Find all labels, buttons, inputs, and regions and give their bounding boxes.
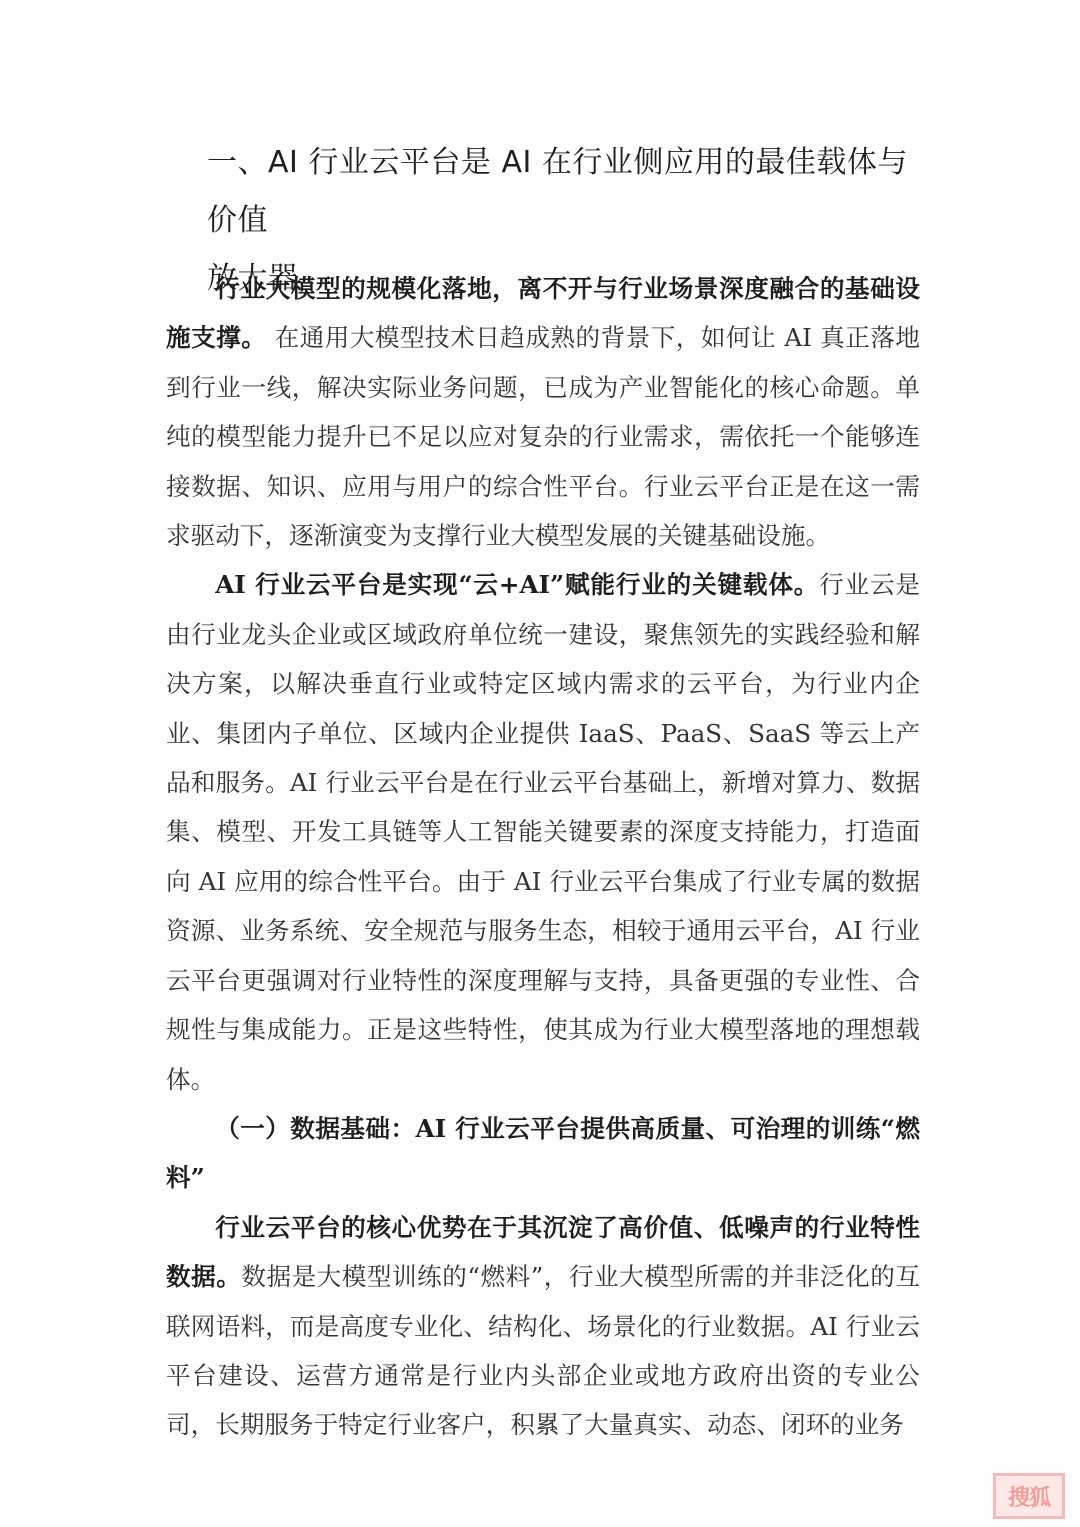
subsection-heading: （一）数据基础：AI 行业云平台提供高质量、可治理的训练“燃料” — [166, 1104, 920, 1203]
paragraph-3: 行业云平台的核心优势在于其沉淀了高价值、低噪声的行业特性数据。数据是大模型训练的… — [166, 1203, 920, 1450]
paragraph-3-text: 数据是大模型训练的“燃料”，行业大模型所需的并非泛化的互联网语料，而是高度专业化… — [166, 1262, 920, 1439]
body-text: 行业大模型的规模化落地，离不开与行业场景深度融合的基础设施支撑。 在通用大模型技… — [166, 264, 920, 1450]
paragraph-2: AI 行业云平台是实现“云+AI”赋能行业的关键载体。行业云是由行业龙头企业或区… — [166, 560, 920, 1103]
paragraph-1: 行业大模型的规模化落地，离不开与行业场景深度融合的基础设施支撑。 在通用大模型技… — [166, 264, 920, 560]
paragraph-1-text: 在通用大模型技术日趋成熟的背景下，如何让 AI 真正落地到行业一线，解决实际业务… — [166, 323, 920, 550]
page-number: 1 — [548, 1418, 557, 1434]
document-page: 一、AI 行业云平台是 AI 在行业侧应用的最佳载体与价值 放大器 行业大模型的… — [0, 0, 1080, 1527]
watermark-seal-icon: 搜狐 — [993, 1473, 1065, 1519]
heading-line-1: 一、AI 行业云平台是 AI 在行业侧应用的最佳载体与价值 — [207, 145, 908, 238]
seal-text: 搜狐 — [996, 1476, 1062, 1516]
paragraph-2-lead: AI 行业云平台是实现“云+AI”赋能行业的关键载体。 — [215, 570, 819, 599]
paragraph-2-text: 行业云是由行业龙头企业或区域政府单位统一建设，聚焦领先的实践经验和解决方案，以解… — [166, 570, 920, 1093]
